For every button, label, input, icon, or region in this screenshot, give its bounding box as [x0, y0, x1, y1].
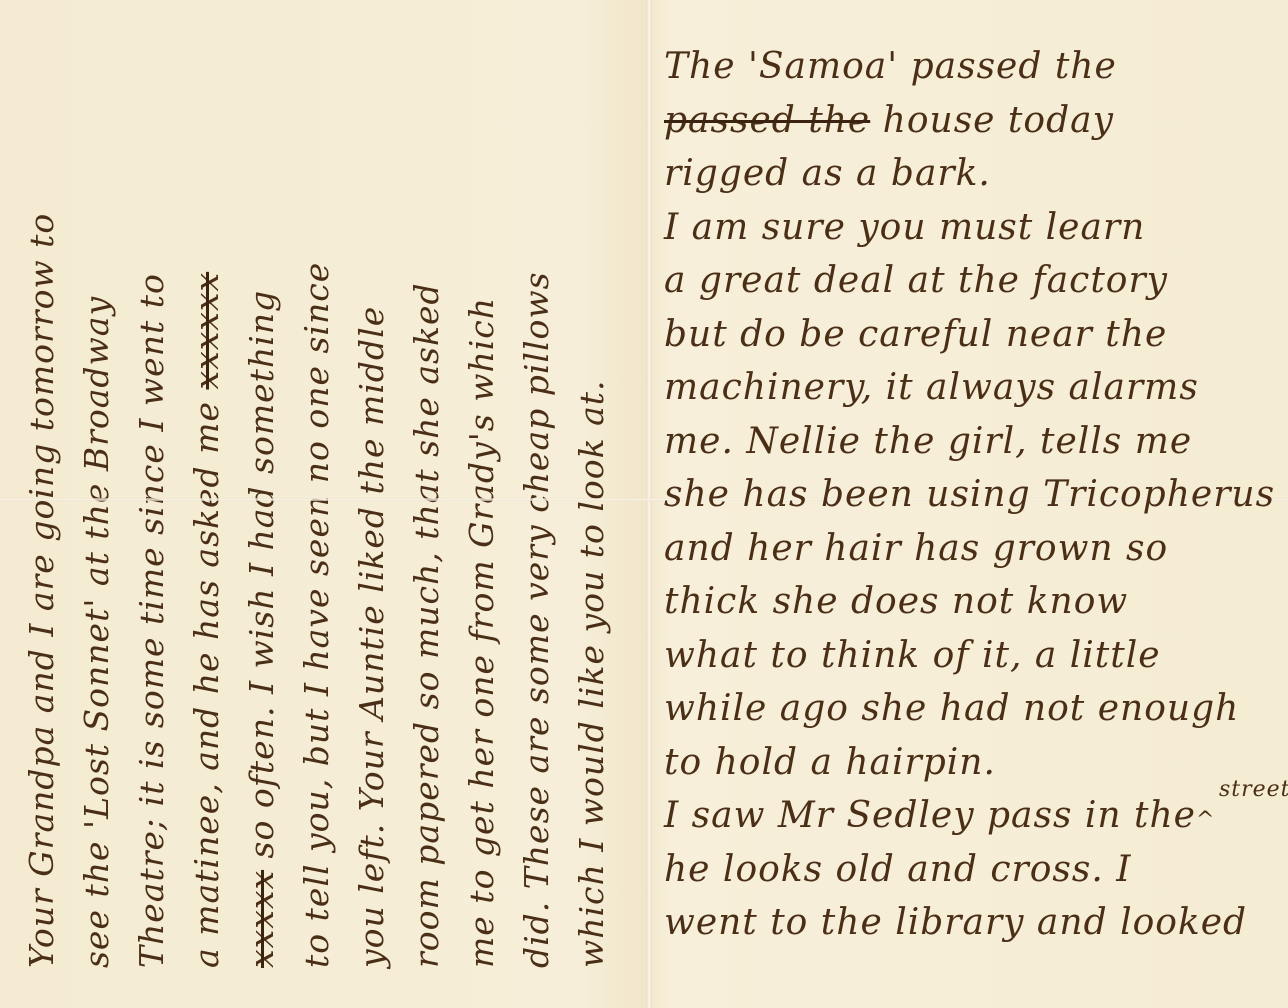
left-page-text-rotated: Your Grandpa and I are going tomorrow to… [0, 0, 646, 1008]
right-page: The 'Samoa' passed the passed the house … [652, 0, 1288, 1008]
right-line-2: passed the house today [664, 94, 1288, 148]
insertion-caret: ^ [1196, 808, 1215, 833]
right-line-8: me. Nellie the girl, tells me [664, 415, 1288, 469]
right-line-4: I am sure you must learn [664, 201, 1288, 255]
right-line-5: a great deal at the factory [664, 254, 1288, 308]
left-line-5-text: so often. I wish I had something [242, 290, 281, 870]
left-line-4-struck: xxxxxx [187, 272, 226, 390]
right-line-3: rigged as a bark. [664, 147, 1288, 201]
right-line-13: while ago she had not enough [664, 682, 1288, 736]
right-line-11: thick she does not know [664, 575, 1288, 629]
right-line-10: and her hair has grown so [664, 522, 1288, 576]
right-line-14: to hold a hairpin. [664, 736, 1288, 790]
right-line-16: he looks old and cross. I [664, 843, 1288, 897]
right-line-12: what to think of it, a little [664, 629, 1288, 683]
right-line-7: machinery, it always alarms [664, 361, 1288, 415]
right-line-2-text: house today [870, 100, 1114, 141]
letter-spread: Your Grandpa and I are going tomorrow to… [0, 0, 1288, 1008]
left-line-4-text: a matinee, and he has asked me [187, 390, 226, 968]
right-line-17: went to the library and looked [664, 896, 1288, 950]
right-line-15: I saw Mr Sedley pass in the^ street [664, 789, 1288, 843]
right-line-15-text: I saw Mr Sedley pass in the [664, 795, 1196, 836]
right-line-6: but do be careful near the [664, 308, 1288, 362]
right-line-9: she has been using Tricopherus [664, 468, 1288, 522]
left-page: Your Grandpa and I are going tomorrow to… [0, 0, 646, 1008]
left-line-5-struck: xxxxx [242, 870, 281, 968]
right-line-2-struck: passed the [664, 100, 870, 141]
insertion-word: street [1219, 763, 1288, 817]
right-line-1: The 'Samoa' passed the [664, 40, 1288, 94]
